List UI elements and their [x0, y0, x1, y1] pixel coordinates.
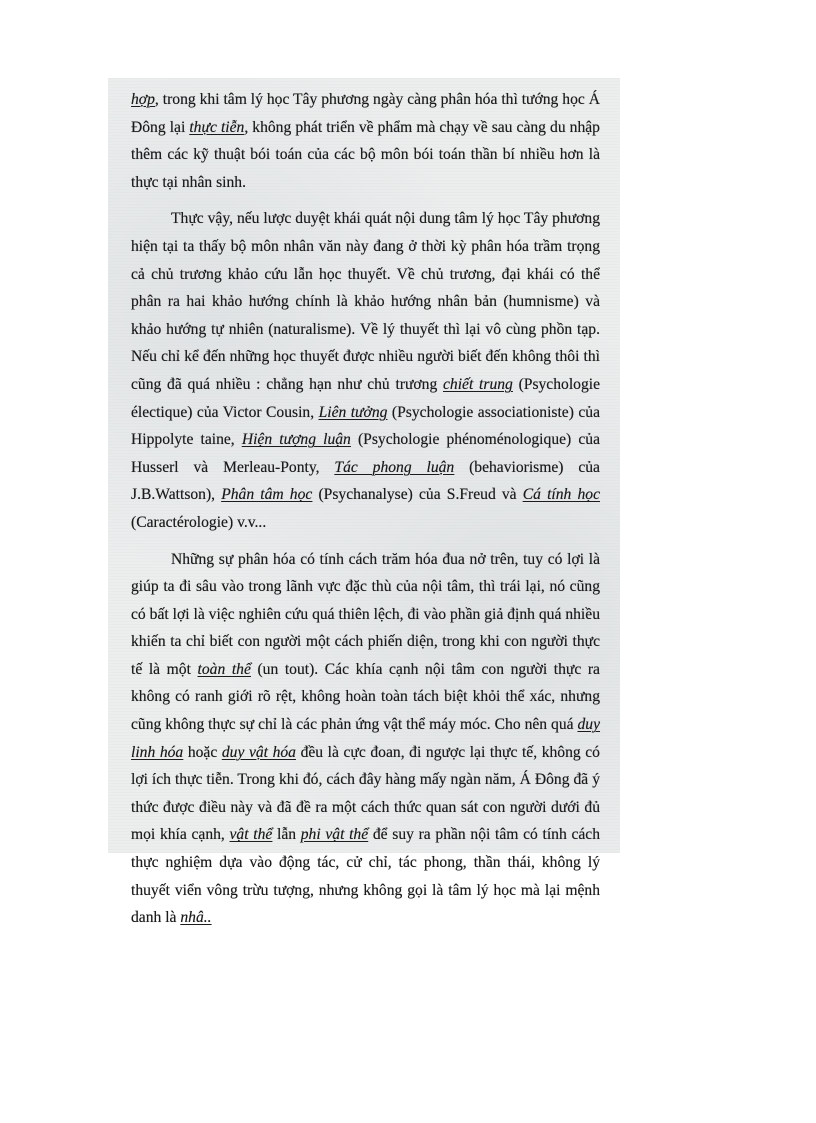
- paragraph-3: Những sự phân hóa có tính cách trăm hóa …: [131, 546, 600, 932]
- term-underlined: Liên tưởng: [319, 404, 388, 421]
- term-underlined: Cá tính học: [523, 486, 600, 503]
- term-underlined: Tác phong luận: [334, 459, 454, 476]
- text-run: Thực vậy, nếu lược duyệt khái quát nội d…: [131, 210, 600, 393]
- term-underlined: Hiện tượng luận: [242, 431, 351, 448]
- paragraph-1: hợp, trong khi tâm lý học Tây phương ngà…: [131, 86, 600, 196]
- term-underlined: chiết trung: [443, 376, 513, 393]
- term-underlined: phi vật thể: [301, 826, 368, 843]
- text-run: (Psychanalyse) của S.Freud và: [312, 486, 522, 503]
- paragraph-2: Thực vậy, nếu lược duyệt khái quát nội d…: [131, 205, 600, 536]
- term-underlined: duy vật hóa: [222, 744, 296, 761]
- term-underlined: hợp: [131, 91, 155, 108]
- scanned-page: hợp, trong khi tâm lý học Tây phương ngà…: [108, 78, 620, 853]
- term-underlined: toàn thể: [198, 661, 251, 678]
- term-underlined: thực tiễn: [189, 119, 244, 136]
- text-run: lẫn: [272, 826, 300, 843]
- page-body-text: hợp, trong khi tâm lý học Tây phương ngà…: [131, 86, 600, 932]
- text-run: (Caractérologie) v.v...: [131, 514, 266, 531]
- term-underlined: nhâ..: [180, 909, 211, 926]
- text-run: hoặc: [183, 744, 222, 761]
- text-run: Những sự phân hóa có tính cách trăm hóa …: [131, 551, 600, 678]
- term-underlined: Phân tâm học: [221, 486, 312, 503]
- term-underlined: vật thể: [230, 826, 273, 843]
